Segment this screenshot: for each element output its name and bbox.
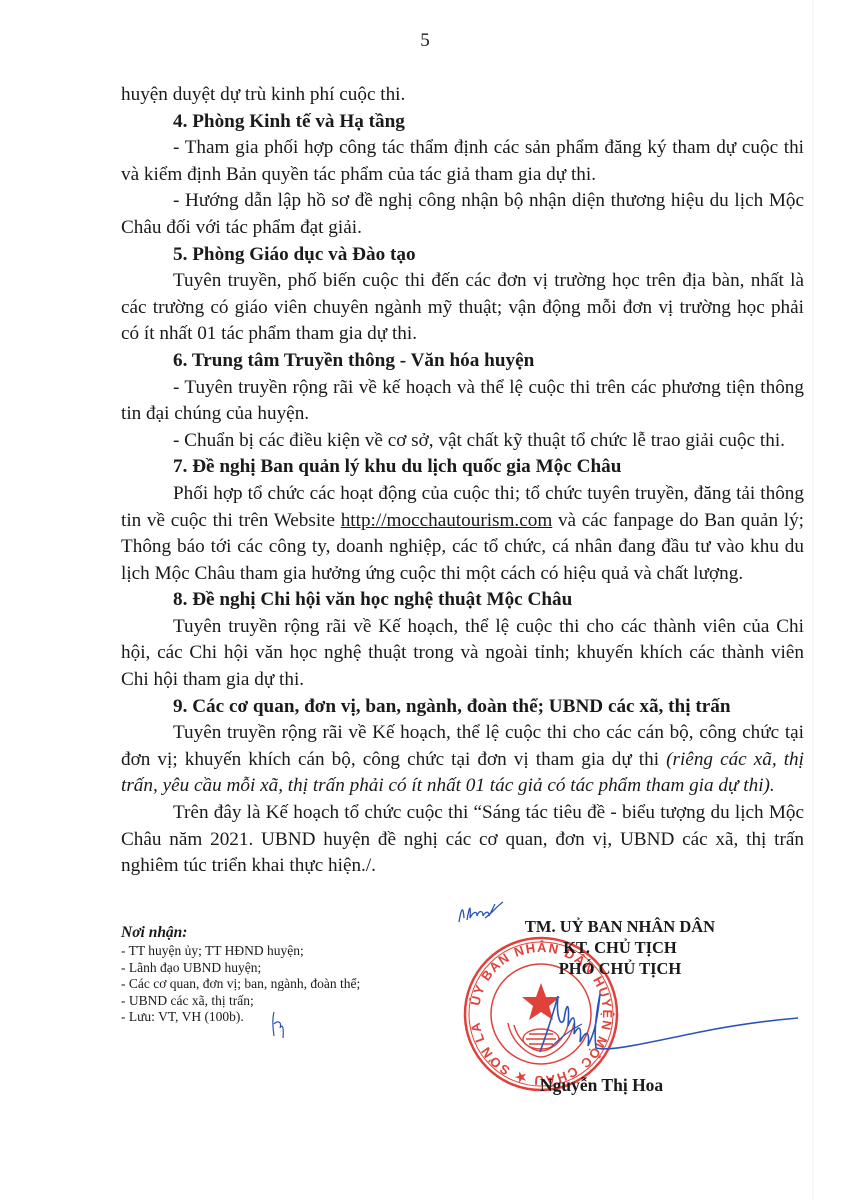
body-paragraph: - Hướng dẫn lập hồ sơ đề nghị công nhận … [121,188,804,241]
recipient-item: - Lưu: VT, VH (100b). [121,1009,461,1025]
recipient-item: - Các cơ quan, đơn vị; ban, ngành, đoàn … [121,976,461,992]
handwritten-signature-icon [530,990,800,1060]
signature-line-2: KT. CHỦ TỊCH [470,937,770,958]
website-link[interactable]: http://mocchautourism.com [341,510,553,531]
signature-block: TM. UỶ BAN NHÂN DÂN KT. CHỦ TỊCH PHÓ CHỦ… [470,916,770,979]
body-paragraph: huyện duyệt dự trù kinh phí cuộc thi. [121,82,804,109]
section-heading: 9. Các cơ quan, đơn vị, ban, ngành, đoàn… [121,694,804,721]
body-paragraph: - Tuyên truyền rộng rãi về kế hoạch và t… [121,375,804,428]
section-heading: 7. Đề nghị Ban quản lý khu du lịch quốc … [121,454,804,481]
recipient-item: - UBND các xã, thị trấn; [121,993,461,1009]
handwritten-initial-icon [268,1010,288,1040]
signature-line-1: TM. UỶ BAN NHÂN DÂN [470,916,770,937]
recipients-title: Nơi nhận: [121,925,461,941]
signer-name: Nguyễn Thị Hoa [540,1075,663,1096]
body-paragraph: - Chuẩn bị các điều kiện về cơ sở, vật c… [121,428,804,455]
section-heading: 5. Phòng Giáo dục và Đào tạo [121,242,804,269]
recipient-item: - Lãnh đạo UBND huyện; [121,960,461,976]
scan-edge-shadow [812,0,814,1200]
recipient-item: - TT huyện ủy; TT HĐND huyện; [121,943,461,959]
recipients-list: Nơi nhận: - TT huyện ủy; TT HĐND huyện; … [121,925,461,1025]
body-paragraph: Tuyên truyền rộng rãi về Kế hoạch, thể l… [121,614,804,694]
document-page: 5 huyện duyệt dự trù kinh phí cuộc thi.4… [0,0,850,1200]
section-heading: 8. Đề nghị Chi hội văn học nghệ thuật Mộ… [121,587,804,614]
section-heading: 4. Phòng Kinh tế và Hạ tầng [121,109,804,136]
body-paragraph: Tuyên truyền rộng rãi về Kế hoạch, thể l… [121,720,804,800]
signature-line-3: PHÓ CHỦ TỊCH [470,958,770,979]
body-paragraph: Trên đây là Kế hoạch tổ chức cuộc thi “S… [121,800,804,880]
section-heading: 6. Trung tâm Truyền thông - Văn hóa huyệ… [121,348,804,375]
body-paragraph: - Tham gia phối hợp công tác thẩm định c… [121,135,804,188]
body-paragraph: Phối hợp tổ chức các hoạt động của cuộc … [121,481,804,587]
body-paragraph: Tuyên truyền, phố biến cuộc thi đến các … [121,268,804,348]
document-body: huyện duyệt dự trù kinh phí cuộc thi.4. … [121,82,804,880]
page-number: 5 [0,30,850,52]
